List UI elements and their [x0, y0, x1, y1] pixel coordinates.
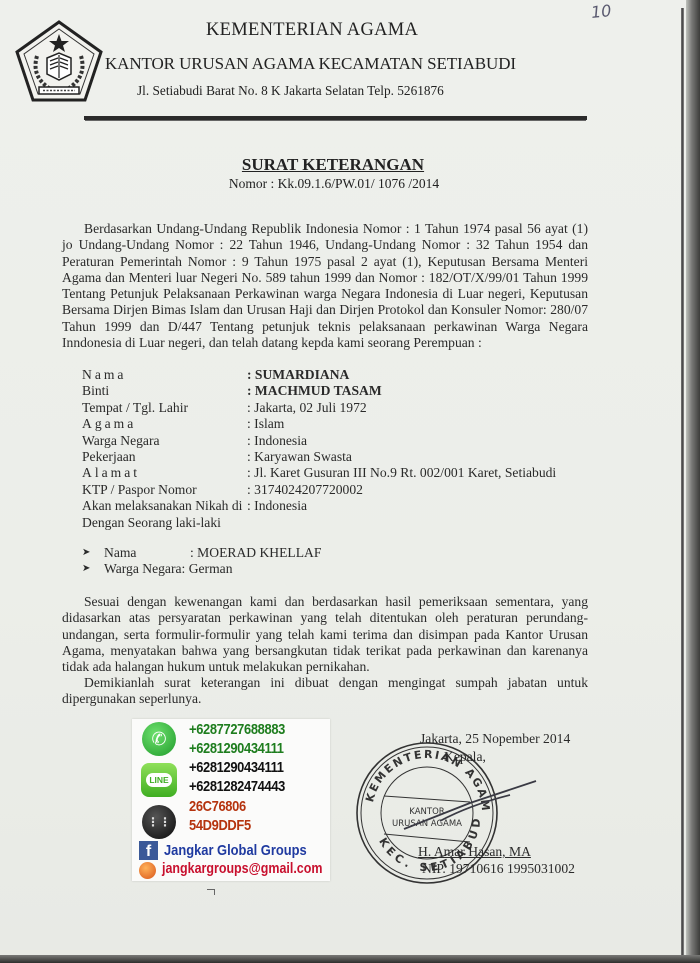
- letterhead-office: KANTOR URUSAN AGAMA KECAMATAN SETIABUDI: [105, 54, 516, 74]
- line-number-2: +6281282474443: [189, 778, 285, 795]
- bbm-pin-2: 54D9DDF5: [189, 817, 251, 834]
- bride-field-row: Binti: MACHMUD TASAM: [82, 383, 556, 399]
- handwritten-signature: [400, 775, 540, 835]
- field-label: Tempat / Tgl. Lahir: [82, 400, 247, 416]
- groom-nationality-row: ➤ Warga Negara : German: [82, 561, 321, 577]
- whatsapp-icon: ✆: [142, 722, 176, 756]
- document-title: SURAT KETERANGAN: [0, 155, 688, 175]
- arrow-bullet-icon: ➤: [82, 545, 104, 561]
- field-value: : Jl. Karet Gusuran III No.9 Rt. 002/001…: [247, 465, 556, 481]
- groom-nationality-label: Warga Negara: [104, 561, 182, 577]
- facebook-page-name: Jangkar Global Groups: [164, 842, 307, 859]
- bride-field-row: KTP / Paspor Nomor: 3174024207720002: [82, 482, 556, 498]
- field-label: Warga Negara: [82, 433, 247, 449]
- bride-field-row: Warga Negara: Indonesia: [82, 433, 556, 449]
- contact-email: jangkargroups@gmail.com: [162, 861, 322, 877]
- field-value: : MACHMUD TASAM: [247, 383, 382, 399]
- bride-field-row: Tempat / Tgl. Lahir: Jakarta, 02 Juli 19…: [82, 400, 556, 416]
- field-value: : Islam: [247, 416, 284, 432]
- whatsapp-number-1: +6287727688883: [189, 721, 285, 738]
- blackberry-icon: ⋮⋮: [142, 805, 176, 839]
- facebook-icon: f: [139, 841, 158, 860]
- legal-basis-paragraph: Berdasarkan Undang-Undang Republik Indon…: [62, 221, 588, 351]
- groom-nationality-value: : German: [182, 561, 233, 577]
- page-edge: [681, 8, 684, 956]
- handwritten-page-number: 10: [590, 1, 612, 22]
- signatory-position: Kepala,: [444, 749, 486, 765]
- bride-field-row: Akan melaksanakan Nikah di: Indonesia: [82, 498, 556, 514]
- field-label: KTP / Paspor Nomor: [82, 482, 247, 498]
- field-label: Agama: [82, 416, 247, 432]
- line-number-1: +6281290434111: [189, 759, 284, 776]
- field-label: Nama: [82, 367, 247, 383]
- groom-name-label: Nama: [104, 545, 190, 561]
- field-value: : 3174024207720002: [247, 482, 363, 498]
- arrow-bullet-icon: ➤: [82, 561, 104, 577]
- field-label: Pekerjaan: [82, 449, 247, 465]
- scan-shadow-bottom: [0, 955, 700, 963]
- signatory-nip: NIP. 19710616 1995031002: [422, 861, 575, 877]
- signature-place-date: Jakarta, 25 Nopember 2014: [420, 731, 570, 747]
- field-label: Alamat: [82, 465, 247, 481]
- field-value: : Indonesia: [247, 433, 307, 449]
- contact-advert: ✆ LINE ⋮⋮ +6287727688883 +6281290434111 …: [132, 719, 330, 881]
- closing-paragraph: Demikianlah surat keterangan ini dibuat …: [62, 675, 588, 708]
- statement-text: Sesuai dengan kewenangan kami dan berdas…: [62, 594, 588, 674]
- field-value: : Karyawan Swasta: [247, 449, 352, 465]
- field-value: : Jakarta, 02 Juli 1972: [247, 400, 367, 416]
- field-label: Binti: [82, 383, 247, 399]
- letterhead-address: Jl. Setiabudi Barat No. 8 K Jakarta Sela…: [137, 83, 444, 99]
- field-value: : Indonesia: [247, 498, 307, 514]
- scan-mark: [207, 889, 215, 895]
- field-label: Dengan Seorang laki-laki: [82, 515, 247, 531]
- bride-details: Nama: SUMARDIANABinti: MACHMUD TASAMTemp…: [82, 367, 556, 531]
- letterhead-ministry: KEMENTERIAN AGAMA: [206, 20, 418, 41]
- ministry-emblem-icon: [15, 20, 103, 102]
- bride-field-row: Alamat: Jl. Karet Gusuran III No.9 Rt. 0…: [82, 465, 556, 481]
- signatory-name: H. Amar Hasan, MA: [418, 844, 531, 860]
- groom-details: ➤ Nama : MOERAD KHELLAF ➤ Warga Negara :…: [82, 545, 321, 578]
- email-icon: [139, 862, 156, 879]
- bride-field-row: Nama: SUMARDIANA: [82, 367, 556, 383]
- scan-shadow-right: [686, 0, 700, 963]
- statement-paragraph: Sesuai dengan kewenangan kami dan berdas…: [62, 594, 588, 675]
- bride-field-row: Agama: Islam: [82, 416, 556, 432]
- document-number: Nomor : Kk.09.1.6/PW.01/ 1076 /2014: [0, 176, 688, 192]
- bride-field-row: Dengan Seorang laki-laki: [82, 515, 556, 531]
- groom-name-value: : MOERAD KHELLAF: [190, 545, 321, 561]
- legal-basis-text: Berdasarkan Undang-Undang Republik Indon…: [62, 221, 588, 350]
- whatsapp-number-2: +6281290434111: [189, 740, 284, 757]
- bbm-pin-1: 26C76806: [189, 798, 246, 815]
- letterhead-divider: [84, 116, 587, 120]
- groom-name-row: ➤ Nama : MOERAD KHELLAF: [82, 545, 321, 561]
- field-value: : SUMARDIANA: [247, 367, 349, 383]
- field-label: Akan melaksanakan Nikah di: [82, 498, 247, 514]
- line-app-icon: LINE: [141, 763, 177, 797]
- closing-text: Demikianlah surat keterangan ini dibuat …: [62, 675, 588, 706]
- bride-field-row: Pekerjaan: Karyawan Swasta: [82, 449, 556, 465]
